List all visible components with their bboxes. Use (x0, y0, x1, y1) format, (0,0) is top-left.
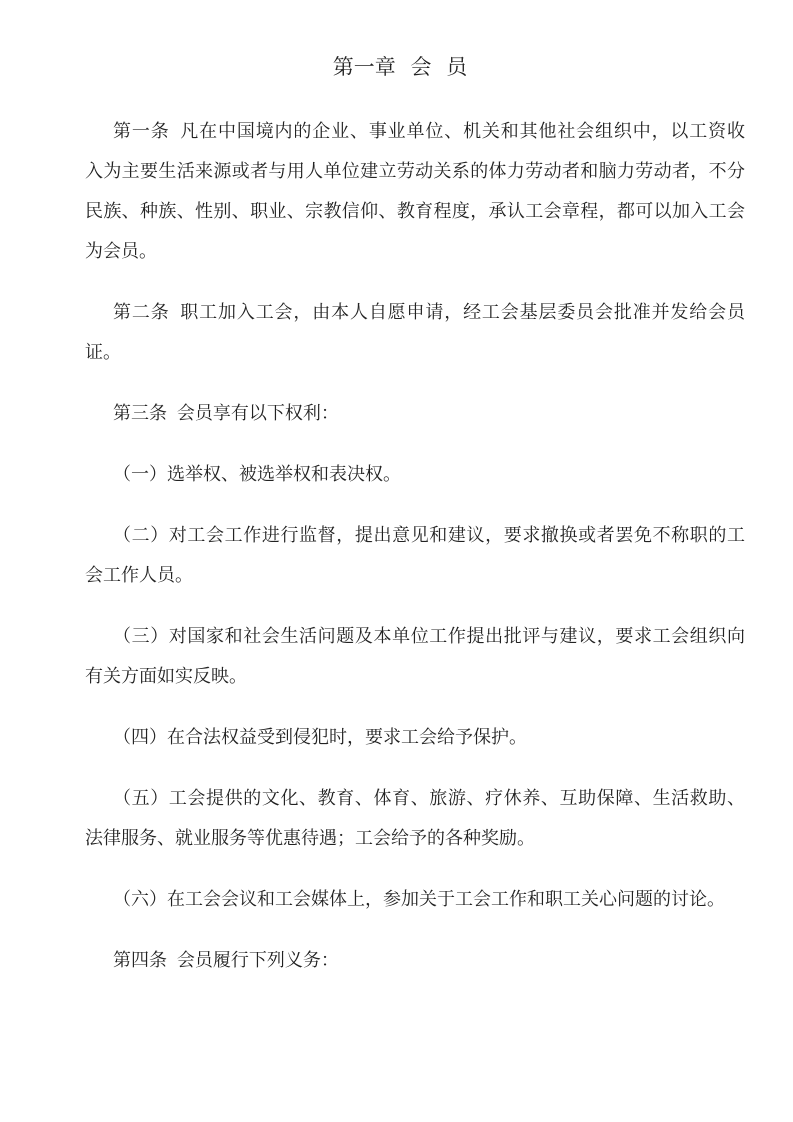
paragraph-article-3-item-3: （三）对国家和社会生活问题及本单位工作提出批评与建议，要求工会组织向 有关方面如… (85, 616, 745, 696)
text-line: 证。 (85, 332, 745, 372)
paragraph-article-2: 第二条 职工加入工会，由本人自愿申请，经工会基层委员会批准并发给会员 证。 (85, 292, 745, 372)
paragraph-article-3-item-6: （六）在工会会议和工会媒体上，参加关于工会工作和职工关心问题的讨论。 (85, 879, 745, 919)
text-line: 为会员。 (85, 231, 745, 271)
text-line: （四）在合法权益受到侵犯时，要求工会给予保护。 (85, 717, 745, 757)
paragraph-article-4: 第四条 会员履行下列义务： (85, 940, 745, 980)
text-line: （二）对工会工作进行监督，提出意见和建议，要求撤换或者罢免不称职的工 (85, 515, 745, 555)
text-line: （一）选举权、被选举权和表决权。 (85, 454, 745, 494)
paragraph-article-3-item-4: （四）在合法权益受到侵犯时，要求工会给予保护。 (85, 717, 745, 757)
paragraph-article-1: 第一条 凡在中国境内的企业、事业单位、机关和其他社会组织中，以工资收 入为主要生… (85, 111, 745, 271)
text-line: 第三条 会员享有以下权利： (85, 393, 745, 433)
text-line: 民族、种族、性别、职业、宗教信仰、教育程度，承认工会章程，都可以加入工会 (85, 191, 745, 231)
paragraph-article-3-item-1: （一）选举权、被选举权和表决权。 (85, 454, 745, 494)
text-line: 法律服务、就业服务等优惠待遇；工会给予的各种奖励。 (85, 818, 745, 858)
document-body: 第一条 凡在中国境内的企业、事业单位、机关和其他社会组织中，以工资收 入为主要生… (85, 111, 745, 980)
text-line: 有关方面如实反映。 (85, 656, 745, 696)
paragraph-article-3-item-5: （五）工会提供的文化、教育、体育、旅游、疗休养、互助保障、生活救助、 法律服务、… (85, 778, 745, 858)
text-line: 第四条 会员履行下列义务： (85, 940, 745, 980)
paragraph-article-3-item-2: （二）对工会工作进行监督，提出意见和建议，要求撤换或者罢免不称职的工 会工作人员… (85, 515, 745, 595)
text-line: （三）对国家和社会生活问题及本单位工作提出批评与建议，要求工会组织向 (85, 616, 745, 656)
text-line: 第二条 职工加入工会，由本人自愿申请，经工会基层委员会批准并发给会员 (85, 292, 745, 332)
text-line: 会工作人员。 (85, 555, 745, 595)
document-page: 第一章 会 员 第一条 凡在中国境内的企业、事业单位、机关和其他社会组织中，以工… (0, 0, 793, 1122)
chapter-heading: 第一章 会 员 (85, 54, 715, 80)
text-line: 第一条 凡在中国境内的企业、事业单位、机关和其他社会组织中，以工资收 (85, 111, 745, 151)
text-line: （六）在工会会议和工会媒体上，参加关于工会工作和职工关心问题的讨论。 (85, 879, 745, 919)
paragraph-article-3: 第三条 会员享有以下权利： (85, 393, 745, 433)
text-line: （五）工会提供的文化、教育、体育、旅游、疗休养、互助保障、生活救助、 (85, 778, 745, 818)
text-line: 入为主要生活来源或者与用人单位建立劳动关系的体力劳动者和脑力劳动者，不分 (85, 151, 745, 191)
